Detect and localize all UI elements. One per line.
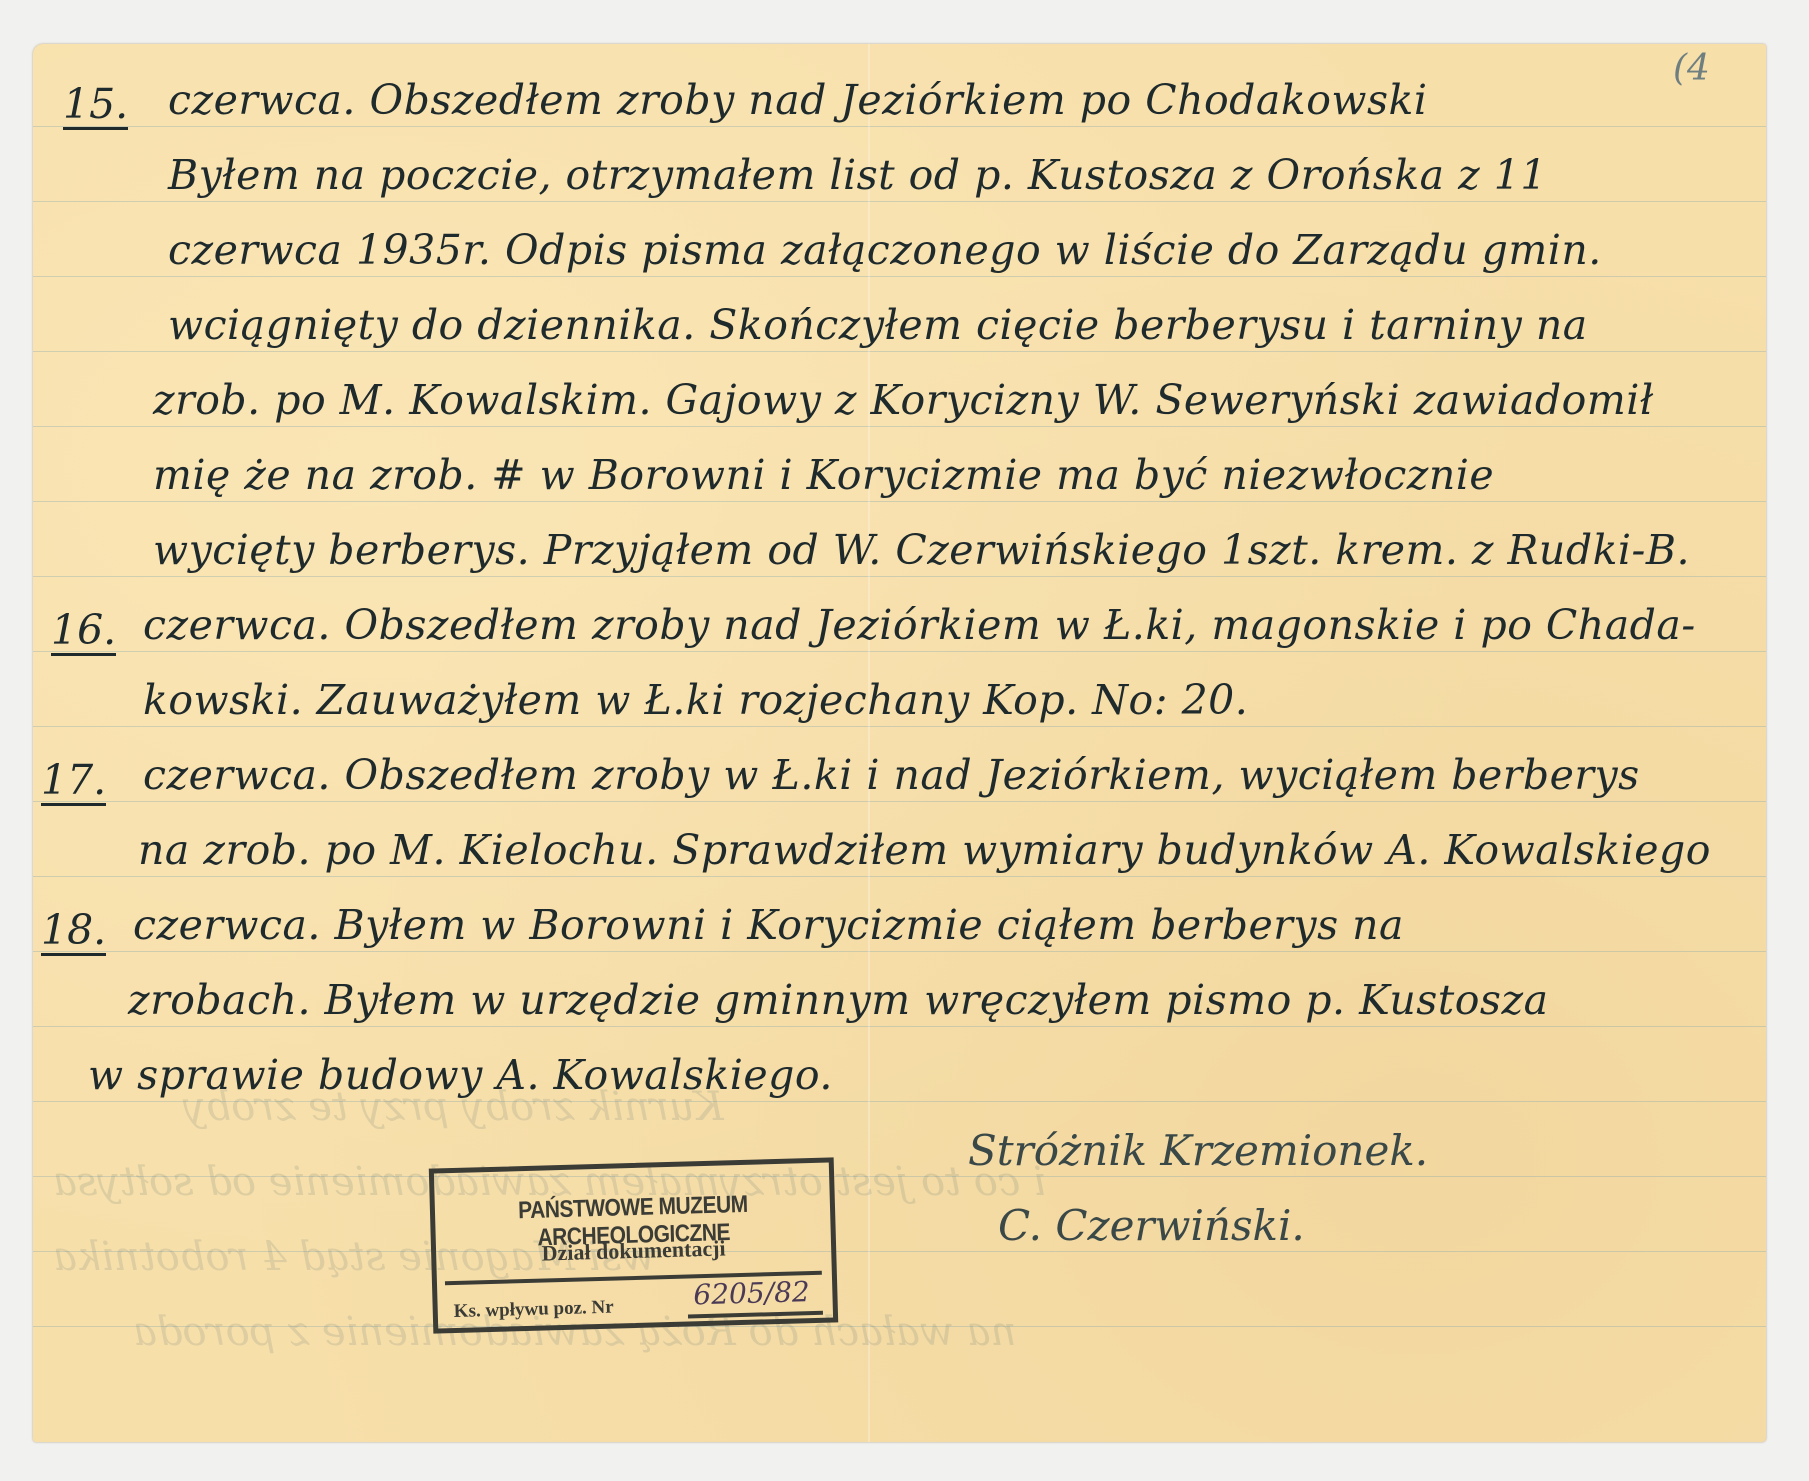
stamp-entry-label: Ks. wpływu poz. Nr xyxy=(453,1297,613,1323)
entry-date-18: 18. xyxy=(41,910,106,956)
ruled-line xyxy=(33,651,1766,652)
entry-date-15: 15. xyxy=(63,84,128,130)
entry-line: czerwca. Byłem w Borowni i Korycizmie ci… xyxy=(133,901,1404,949)
ruled-line xyxy=(33,1026,1766,1027)
entry-line: w sprawie budowy A. Kowalskiego. xyxy=(88,1051,833,1099)
entry-line: kowski. Zauważyłem w Ł.ki rozjechany Kop… xyxy=(143,676,1248,724)
ruled-line xyxy=(33,801,1766,802)
entry-line: na zrob. po M. Kielochu. Sprawdziłem wym… xyxy=(138,826,1711,874)
entry-line: czerwca 1935r. Odpis pisma załączonego w… xyxy=(168,226,1602,274)
entry-line: czerwca. Obszedłem zroby w Ł.ki i nad Je… xyxy=(143,751,1640,799)
page-number-mark: (4 xyxy=(1673,48,1710,89)
ruled-line xyxy=(33,501,1766,502)
entry-line: wciągnięty do dziennika. Skończyłem cięc… xyxy=(168,301,1588,349)
ruled-line xyxy=(33,951,1766,952)
entry-line: zrobach. Byłem w urzędzie gminnym wręczy… xyxy=(128,976,1549,1024)
ruled-line xyxy=(33,426,1766,427)
entry-date-17: 17. xyxy=(41,760,106,806)
stamp-number-underline xyxy=(688,1311,823,1319)
entry-line: czerwca. Obszedłem zroby nad Jeziórkiem … xyxy=(143,601,1696,649)
entry-date-16: 16. xyxy=(51,610,116,656)
ruled-line xyxy=(33,276,1766,277)
diary-page: Kurnik zroby przy te zroby i co to jest … xyxy=(33,44,1766,1442)
stamp-entry-number: 6205/82 xyxy=(693,1275,810,1311)
ruled-line xyxy=(33,726,1766,727)
ruled-line xyxy=(33,876,1766,877)
ruled-line xyxy=(33,201,1766,202)
signature-title: Stróżnik Krzemionek. xyxy=(968,1126,1428,1175)
entry-line: Byłem na poczcie, otrzymałem list od p. … xyxy=(168,151,1547,199)
ruled-line xyxy=(33,576,1766,577)
entry-line: wycięty berberys. Przyjąłem od W. Czerwi… xyxy=(153,526,1690,574)
museum-stamp: PAŃSTWOWE MUZEUM ARCHEOLOGICZNE Dział do… xyxy=(429,1157,838,1333)
ruled-line xyxy=(33,126,1766,127)
entry-line: zrob. po M. Kowalskim. Gajowy z Korycizn… xyxy=(153,376,1654,424)
entry-line: mię że na zrob. # w Borowni i Korycizmie… xyxy=(153,451,1494,499)
signature-name: C. Czerwiński. xyxy=(998,1201,1305,1250)
ruled-line xyxy=(33,351,1766,352)
entry-line: czerwca. Obszedłem zroby nad Jeziórkiem … xyxy=(168,76,1427,124)
